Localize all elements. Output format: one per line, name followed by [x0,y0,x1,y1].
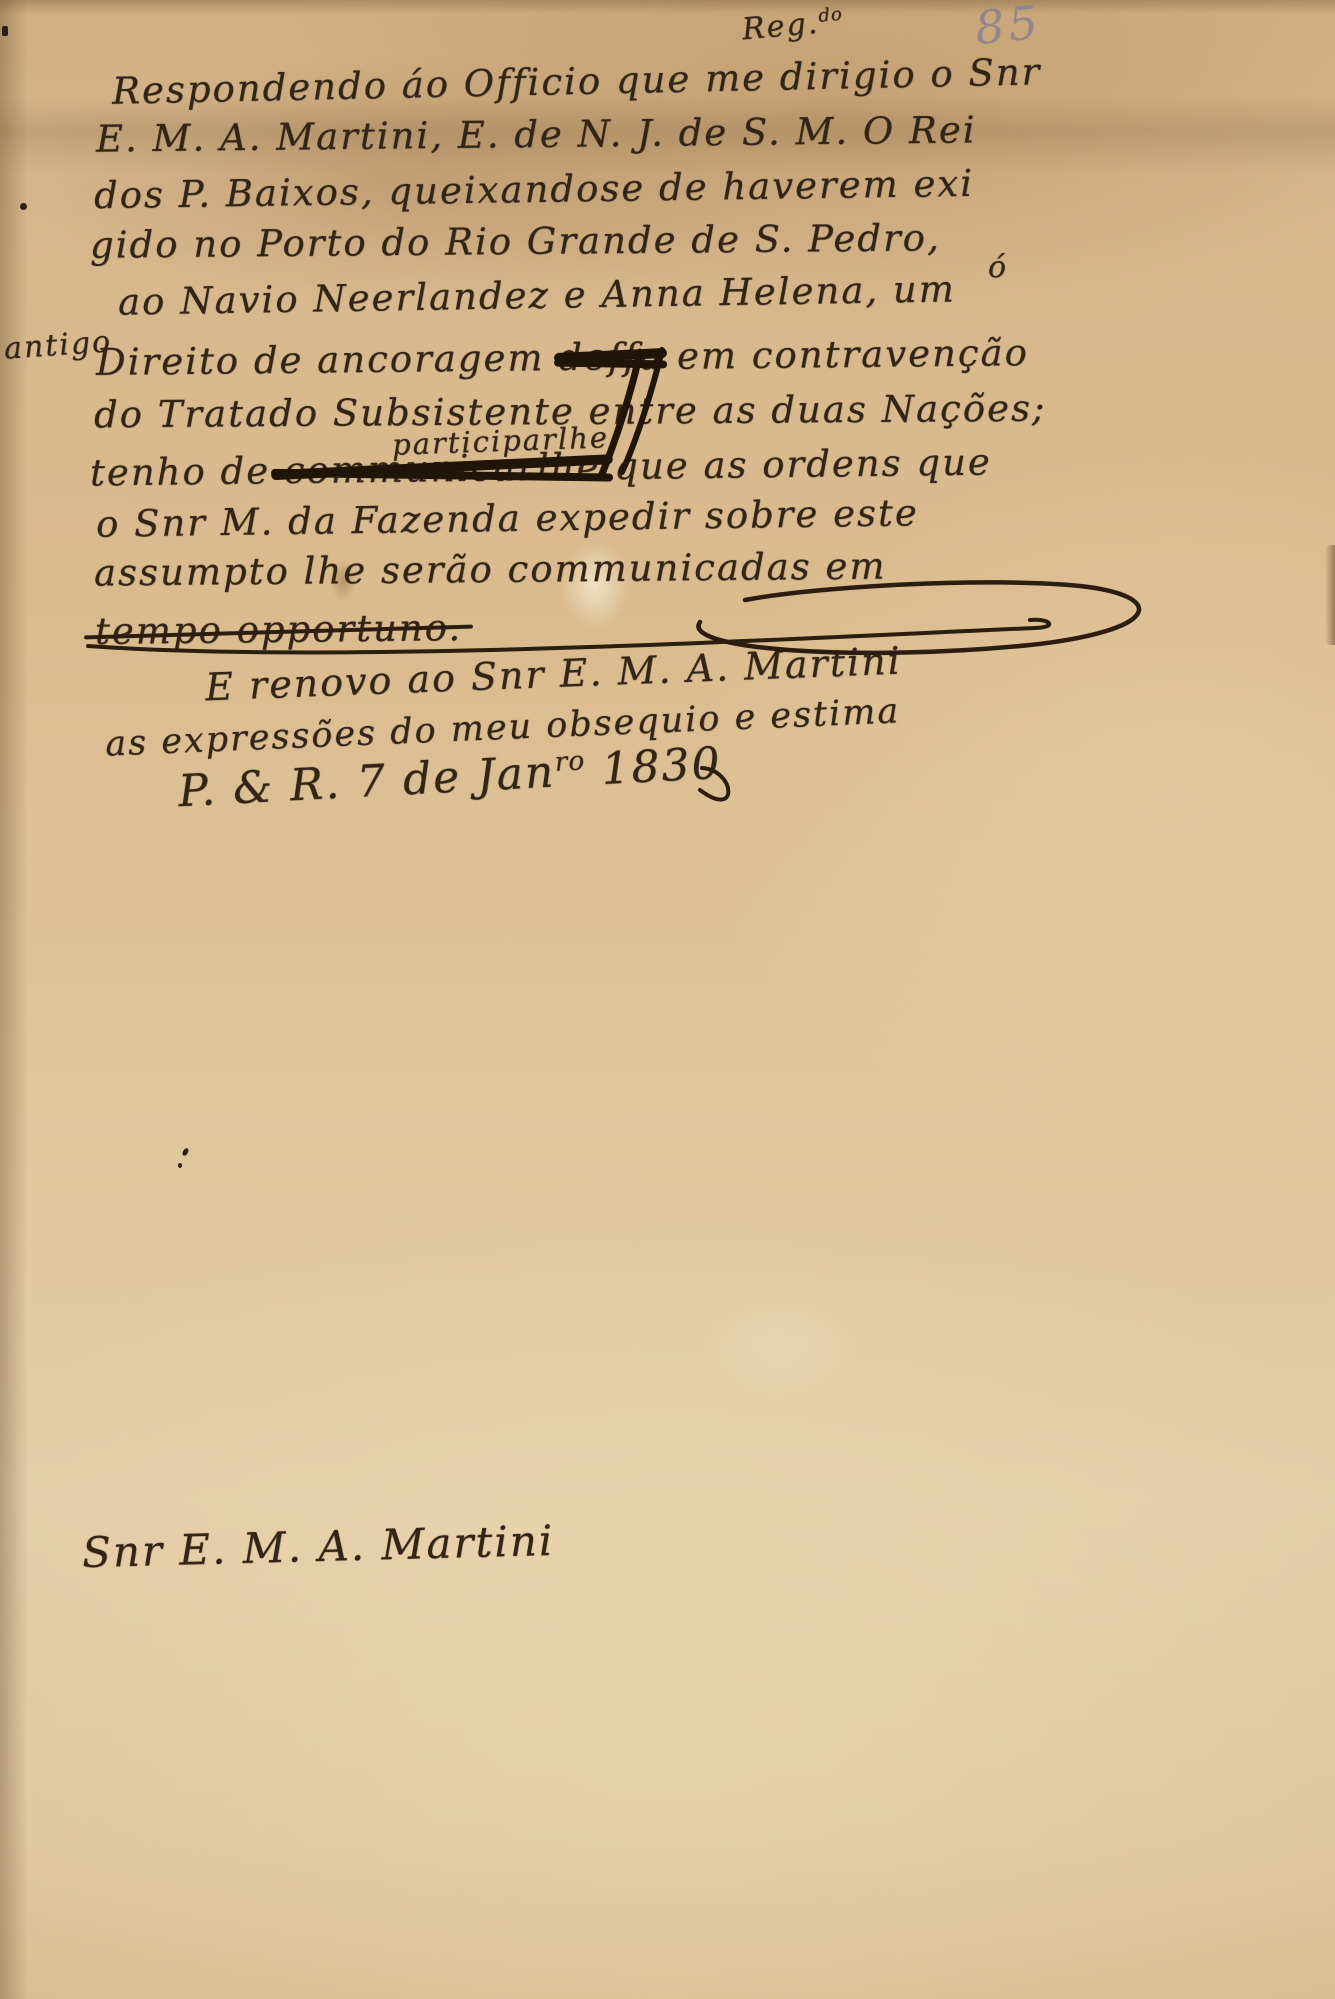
date-post: 1830 [584,738,722,796]
ink-speck [181,1147,189,1156]
crossed-out-word: communicarlhe [284,445,601,492]
body-line-8: tenho de communicarlhe que as ordens que [90,440,992,494]
edge-nick [2,26,8,36]
ink-speck [178,1163,182,1168]
line6-pre: Direito de ancoragem [96,336,559,384]
line8-post: que as ordens que [600,440,992,488]
body-line-10: assumpto lhe serão communicadas em [94,545,887,595]
address-line: Snr E. M. A. Martini [81,1516,554,1577]
body-line-11: tempo opportuno. [95,606,463,653]
interlinear-insertion: ó [988,250,1008,285]
crossed-out-word: deſſa [558,335,663,379]
body-line-4: gido no Porto do Rio Grande de S. Pedro, [90,216,941,266]
ink-speck [20,203,27,210]
flourish-struck-text: tempo opportuno. [95,606,463,653]
paper-stain [700,1290,860,1400]
registry-mark: Reg.do [741,4,845,48]
manuscript-page: Reg.do 85 Respondendo áo Officio que me … [0,0,1335,1999]
right-edge-mark [1325,545,1335,645]
body-line-2: E. M. A. Martini, E. de N. J. de S. M. O… [96,108,977,160]
pencil-page-number: 85 [972,0,1044,55]
date-superscript: ro [554,745,586,778]
page-top-shadow [0,0,1335,14]
page-gutter-shadow [0,0,28,1999]
body-line-6: Direito de ancoragem deſſa em contravenç… [96,331,1029,384]
registry-mark-base: Reg. [741,6,821,48]
body-line-5: ao Navio Neerlandez e Anna Helena, um [118,267,956,323]
body-line-9: o Snr M. da Fazenda expedir sobre este [96,491,919,545]
line6-post: em contravenção [663,331,1029,378]
line8-pre: tenho de [90,449,284,494]
registry-mark-superscript: do [817,4,843,27]
